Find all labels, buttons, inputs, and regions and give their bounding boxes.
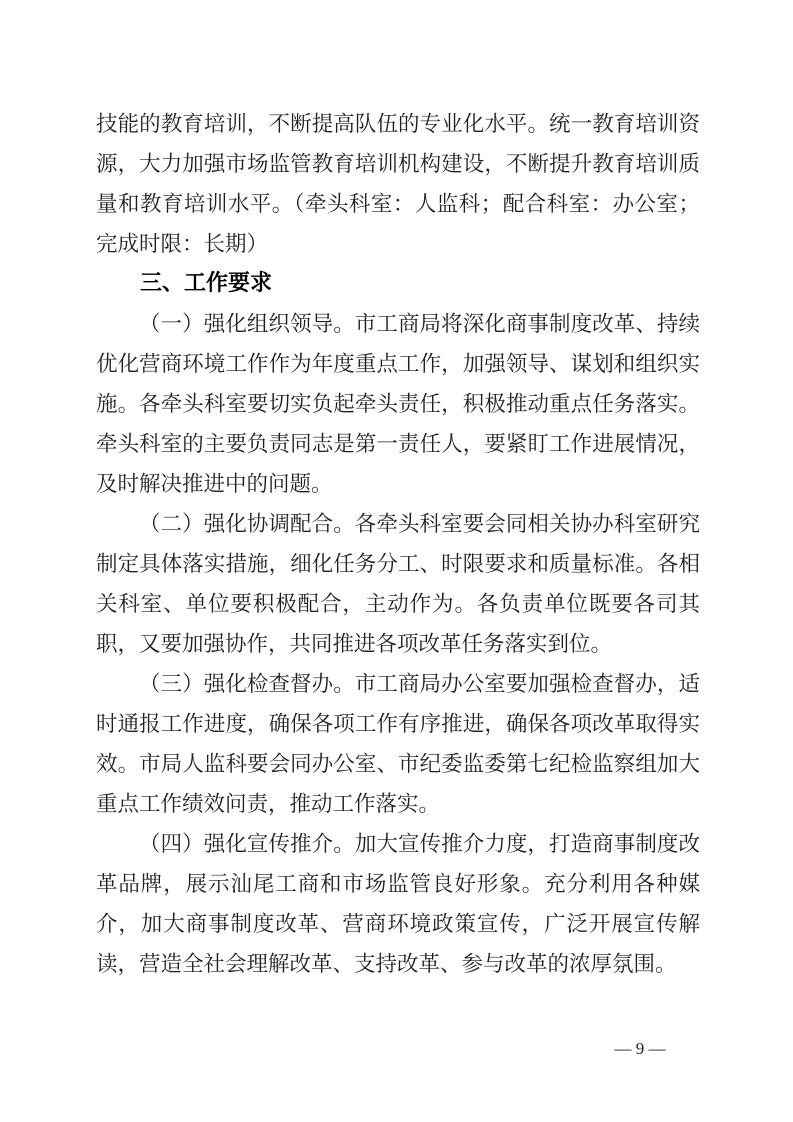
document-body: 技能的教育培训，不断提高队伍的专业化水平。统一教育培训资源，大力加强市场监管教育… — [96, 104, 700, 984]
section-heading: 三、工作要求 — [96, 264, 700, 304]
document-page: 技能的教育培训，不断提高队伍的专业化水平。统一教育培训资源，大力加强市场监管教育… — [0, 0, 793, 1122]
paragraph-item-4: （四）强化宣传推介。加大宣传推介力度，打造商事制度改革品牌，展示汕尾工商和市场监… — [96, 824, 700, 984]
paragraph-item-1: （一）强化组织领导。市工商局将深化商事制度改革、持续优化营商环境工作作为年度重点… — [96, 304, 700, 504]
paragraph-item-2: （二）强化协调配合。各牵头科室要会同相关协办科室研究制定具体落实措施，细化任务分… — [96, 504, 700, 664]
paragraph-continuation: 技能的教育培训，不断提高队伍的专业化水平。统一教育培训资源，大力加强市场监管教育… — [96, 104, 700, 264]
page-number: — 9 — — [560, 1038, 720, 1060]
paragraph-item-3: （三）强化检查督办。市工商局办公室要加强检查督办，适时通报工作进度，确保各项工作… — [96, 664, 700, 824]
